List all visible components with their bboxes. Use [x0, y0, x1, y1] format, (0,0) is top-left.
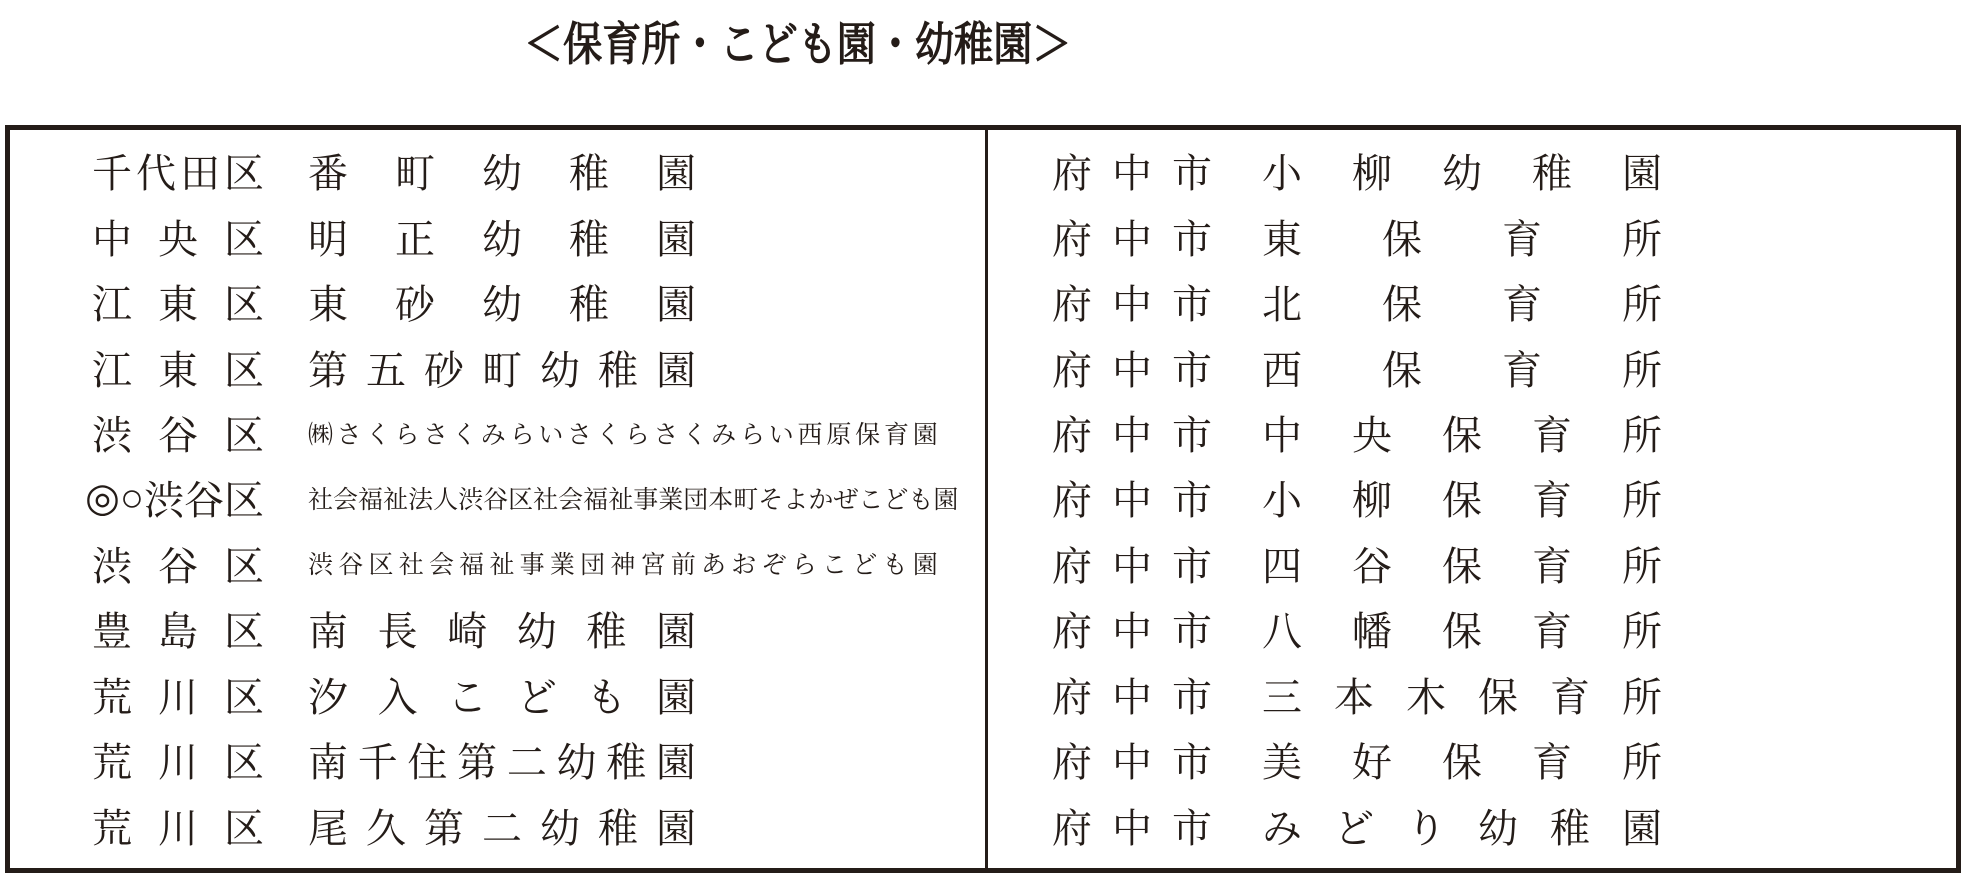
left-column: 千代田区 番町幼稚園 中央区 明正幼稚園 江東区 東砂幼稚園 江東区 第五砂町幼… — [10, 130, 988, 868]
municipality-cell: 府中市 — [1052, 666, 1212, 723]
facility-name-cell: 渋谷区社会福祉事業団神宮前あおぞらこども園 — [308, 545, 938, 581]
municipality-cell: 荒川区 — [92, 731, 264, 788]
municipality-cell: 中央区 — [92, 208, 264, 265]
facility-name-cell: 八幡保育所 — [1262, 600, 1662, 657]
facility-name-cell: 番町幼稚園 — [308, 142, 696, 199]
facility-name-cell: 小柳保育所 — [1262, 469, 1662, 526]
municipality-cell: 江東区 — [92, 273, 264, 330]
right-column: 府中市 小柳幼稚園 府中市 東保育所 府中市 北保育所 府中市 西保育所 府中市… — [988, 130, 1956, 868]
table-row: 府中市 東保育所 — [988, 203, 1956, 268]
table-row: 中央区 明正幼稚園 — [10, 203, 985, 268]
table-row: 府中市 北保育所 — [988, 269, 1956, 334]
municipality-cell: 府中市 — [1052, 797, 1212, 854]
table-row: 豊島区 南長崎幼稚園 — [10, 596, 985, 661]
table-row: 千代田区 番町幼稚園 — [10, 138, 985, 203]
page: ＜保育所・こども園・幼稚園＞ 千代田区 番町幼稚園 中央区 明正幼稚園 江東区 … — [0, 0, 1971, 886]
table-row: 渋谷区 ㈱さくらさくみらいさくらさくみらい西原保育園 — [10, 400, 985, 465]
facility-name-cell: 東砂幼稚園 — [308, 273, 696, 330]
facility-table: 千代田区 番町幼稚園 中央区 明正幼稚園 江東区 東砂幼稚園 江東区 第五砂町幼… — [5, 125, 1961, 873]
municipality-cell: 府中市 — [1052, 731, 1212, 788]
facility-name-cell: みどり幼稚園 — [1262, 797, 1662, 854]
table-row: 府中市 中央保育所 — [988, 400, 1956, 465]
table-row: 府中市 三本木保育所 — [988, 662, 1956, 727]
facility-name-cell: 北保育所 — [1262, 273, 1662, 330]
municipality-cell: ◎○渋谷区 — [92, 469, 264, 526]
municipality-cell: 府中市 — [1052, 273, 1212, 330]
facility-name-cell: 中央保育所 — [1262, 404, 1662, 461]
table-row: 府中市 西保育所 — [988, 334, 1956, 399]
municipality-cell: 府中市 — [1052, 339, 1212, 396]
facility-name-cell: 西保育所 — [1262, 339, 1662, 396]
facility-name-cell: ㈱さくらさくみらいさくらさくみらい西原保育園 — [308, 415, 938, 451]
table-row: 府中市 みどり幼稚園 — [988, 793, 1956, 858]
table-row: ◎○渋谷区 社会福祉法人渋谷区社会福祉事業団本町そよかぜこども園 — [10, 465, 985, 530]
municipality-cell: 府中市 — [1052, 469, 1212, 526]
table-row: 荒川区 南千住第二幼稚園 — [10, 727, 985, 792]
facility-name-cell: 南千住第二幼稚園 — [308, 731, 696, 788]
facility-name-cell: 明正幼稚園 — [308, 208, 696, 265]
facility-name-cell: 尾久第二幼稚園 — [308, 797, 696, 854]
table-row: 府中市 小柳幼稚園 — [988, 138, 1956, 203]
municipality-cell: 府中市 — [1052, 404, 1212, 461]
municipality-cell: 荒川区 — [92, 797, 264, 854]
table-row: 府中市 四谷保育所 — [988, 531, 1956, 596]
table-row: 江東区 東砂幼稚園 — [10, 269, 985, 334]
selection-marker: ◎○ — [85, 474, 144, 521]
municipality-cell: 府中市 — [1052, 535, 1212, 592]
facility-name-cell: 三本木保育所 — [1262, 666, 1662, 723]
table-row: 府中市 八幡保育所 — [988, 596, 1956, 661]
table-row: 江東区 第五砂町幼稚園 — [10, 334, 985, 399]
facility-name-cell: 第五砂町幼稚園 — [308, 339, 696, 396]
table-row: 府中市 小柳保育所 — [988, 465, 1956, 530]
table-row: 渋谷区 渋谷区社会福祉事業団神宮前あおぞらこども園 — [10, 531, 985, 596]
municipality-cell: 豊島区 — [92, 600, 264, 657]
page-title: ＜保育所・こども園・幼稚園＞ — [524, 8, 1071, 74]
table-row: 荒川区 汐入こども園 — [10, 662, 985, 727]
table-row: 府中市 美好保育所 — [988, 727, 1956, 792]
municipality-cell: 渋谷区 — [92, 404, 264, 461]
municipality-cell: 府中市 — [1052, 142, 1212, 199]
facility-name-cell: 社会福祉法人渋谷区社会福祉事業団本町そよかぜこども園 — [308, 480, 938, 516]
municipality-cell: 千代田区 — [92, 142, 264, 199]
facility-name-cell: 南長崎幼稚園 — [308, 600, 696, 657]
municipality-cell: 府中市 — [1052, 208, 1212, 265]
municipality-cell: 府中市 — [1052, 600, 1212, 657]
facility-name-cell: 美好保育所 — [1262, 731, 1662, 788]
facility-name-cell: 小柳幼稚園 — [1262, 142, 1662, 199]
municipality-cell: 江東区 — [92, 339, 264, 396]
table-row: 荒川区 尾久第二幼稚園 — [10, 793, 985, 858]
municipality-cell: 渋谷区 — [92, 535, 264, 592]
facility-name-cell: 四谷保育所 — [1262, 535, 1662, 592]
facility-name-cell: 東保育所 — [1262, 208, 1662, 265]
facility-name-cell: 汐入こども園 — [308, 666, 696, 723]
municipality-cell: 荒川区 — [92, 666, 264, 723]
